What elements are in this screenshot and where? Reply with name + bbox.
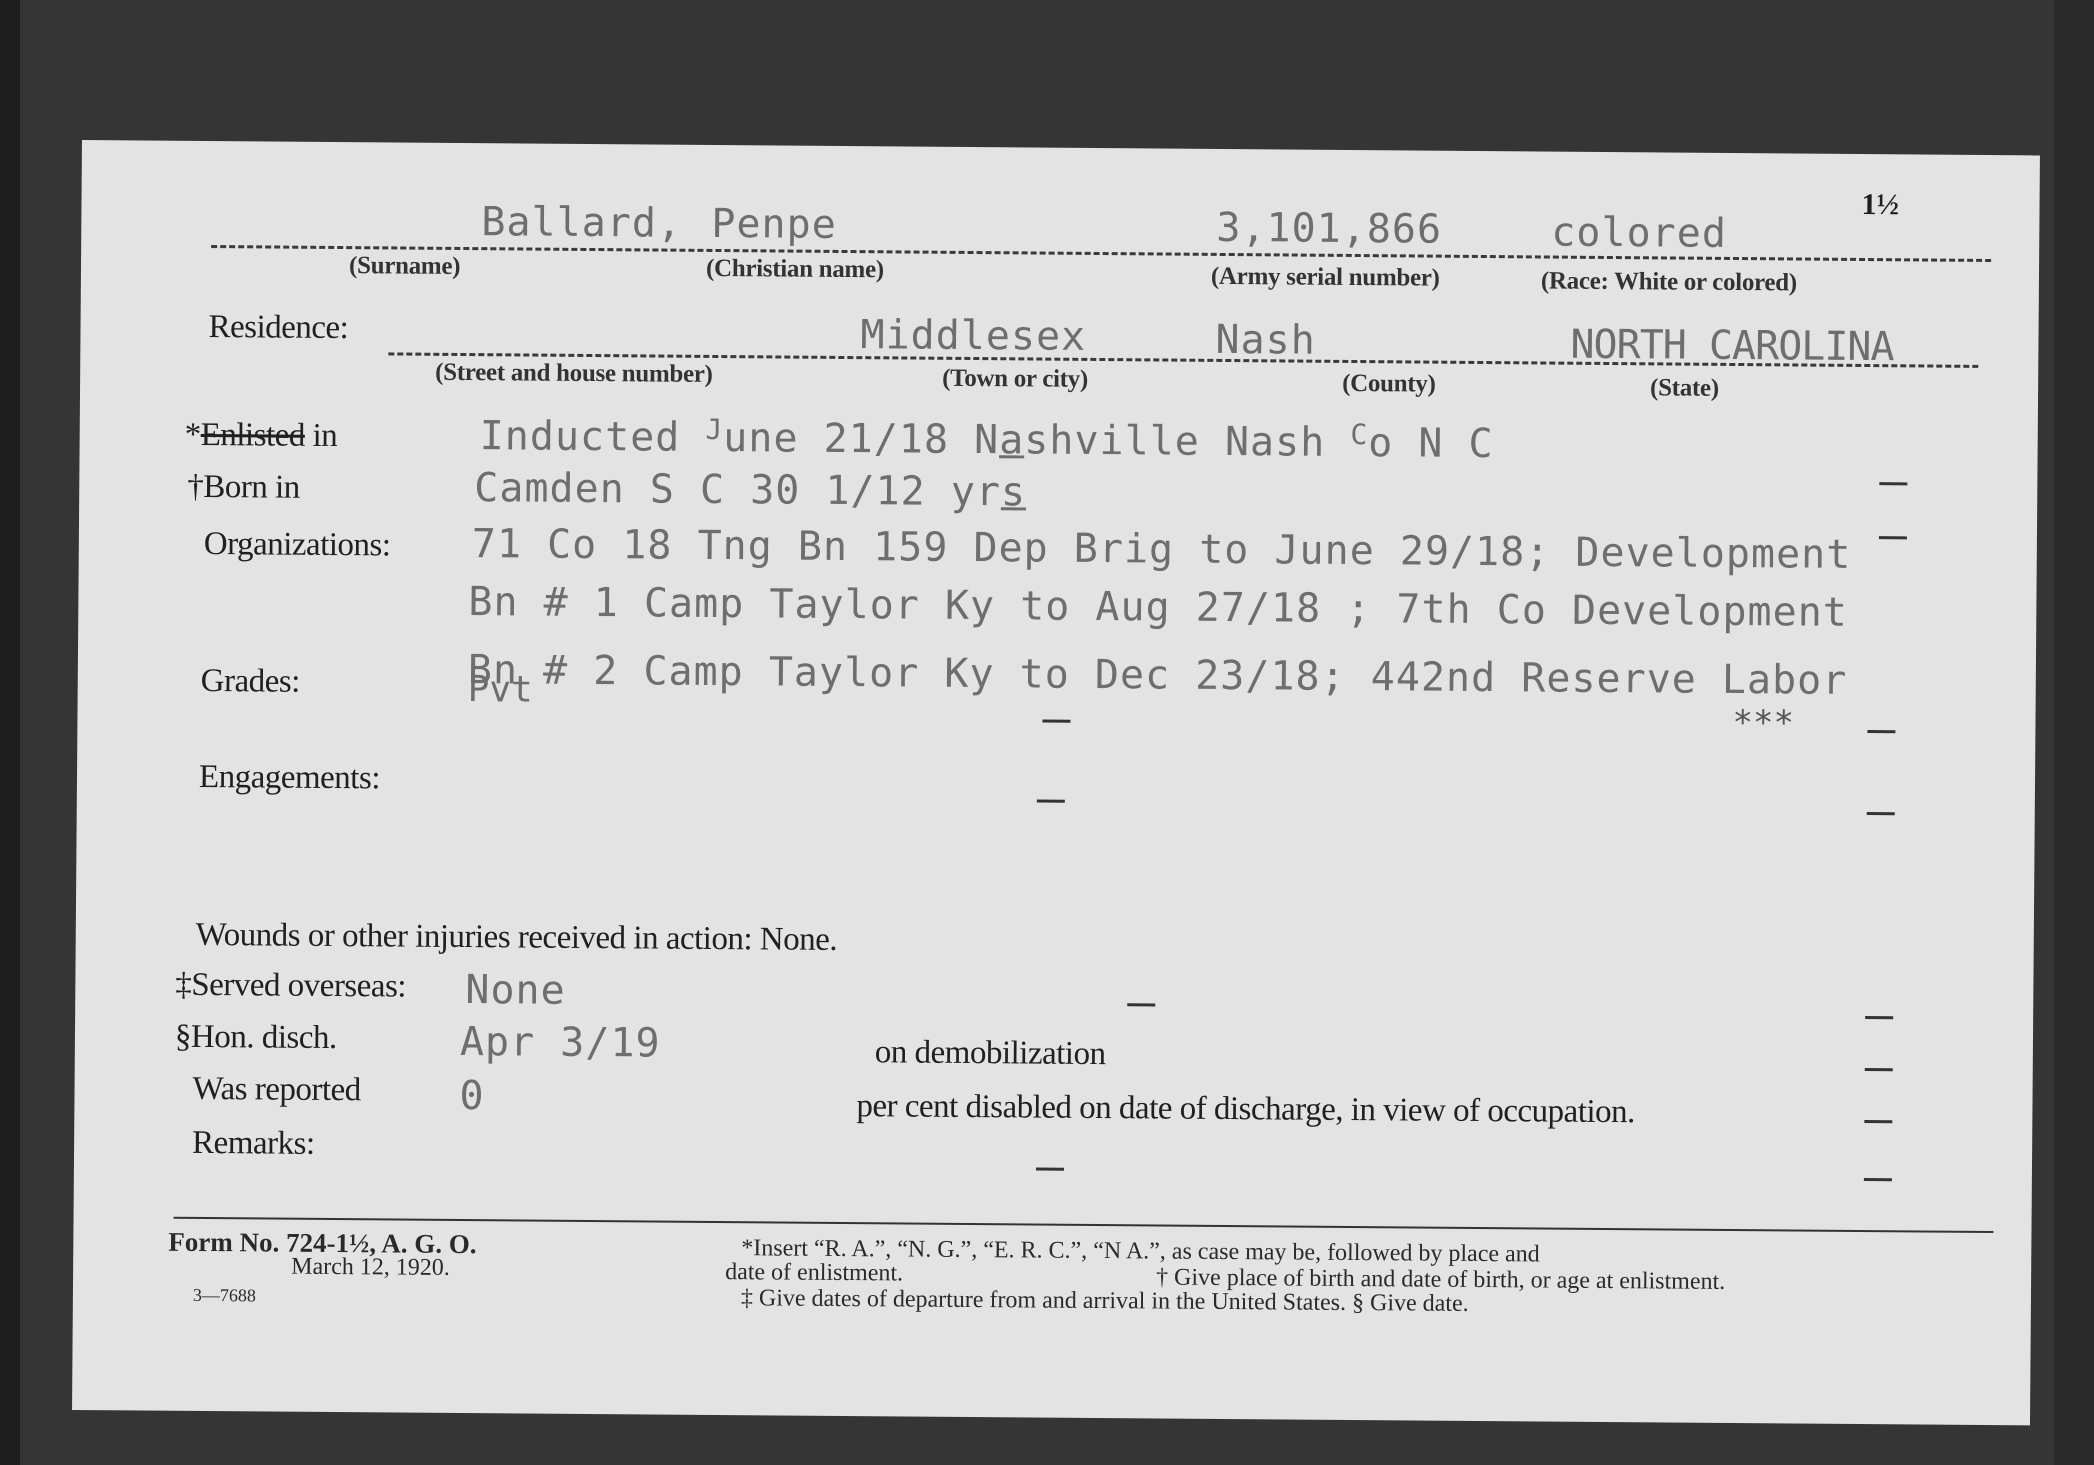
reported-label: Was reported: [192, 1071, 360, 1109]
dagger-mark: †: [187, 469, 203, 505]
blank-dash: [1864, 1120, 1892, 1123]
print-code: 3—7688: [193, 1285, 256, 1306]
discharge-label: §Hon. disch.: [175, 1019, 337, 1057]
blank-dash: [1037, 800, 1065, 803]
blank-dash: [1865, 1016, 1893, 1019]
grades-label: Grades:: [201, 663, 300, 701]
footnote-double-dagger: ‡ Give dates of departure from and arriv…: [741, 1285, 1469, 1318]
street-caption: (Street and house number): [435, 359, 713, 389]
organizations-line-2: Bn # 1 Camp Taylor Ky to Aug 27/18 ; 7th…: [468, 579, 1848, 636]
christian-name-value: Penpe: [711, 201, 837, 248]
surname-value: Ballard,: [481, 199, 682, 247]
blank-dash: [1864, 1178, 1892, 1181]
engagements-label: Engagements:: [199, 759, 380, 797]
overseas-value: None: [465, 967, 566, 1014]
wounds-value: None.: [760, 921, 838, 958]
blank-dash: [1036, 1168, 1064, 1171]
enlisted-struck-text: Enlisted: [201, 417, 305, 454]
form-date: March 12, 1920.: [291, 1254, 450, 1282]
grades-value: Pvt: [468, 669, 533, 711]
born-label: †Born in: [187, 469, 300, 507]
blank-dash: [1879, 536, 1907, 539]
blank-dash: [1865, 1068, 1893, 1071]
town-caption: (Town or city): [942, 365, 1088, 394]
enlisted-value: Inducted June 21/18 Nashville Nash Co N …: [480, 411, 1494, 467]
serial-number-value: 3,101,866: [1216, 205, 1442, 253]
organizations-line-3: Bn # 2 Camp Taylor Ky to Dec 23/18; 442n…: [468, 647, 1848, 704]
blank-dash: [1042, 720, 1070, 723]
christian-name-caption: (Christian name): [706, 255, 884, 284]
overseas-label: ‡Served overseas:: [175, 967, 406, 1006]
discharge-suffix: on demobilization: [875, 1034, 1106, 1073]
race-value: colored: [1551, 210, 1727, 257]
continuation-mark: ***: [1732, 703, 1794, 743]
serial-number-caption: (Army serial number): [1211, 263, 1440, 293]
form-corner-mark: 1½: [1861, 188, 1899, 222]
state-caption: (State): [1650, 374, 1719, 403]
born-value: Camden S C 30 1/12 yrs: [474, 465, 1026, 515]
blank-dash: [1867, 812, 1895, 815]
blank-dash: [1879, 482, 1907, 485]
section-mark: §: [175, 1019, 191, 1055]
county-value: Nash: [1215, 317, 1316, 364]
scan-border-right: [2054, 0, 2094, 1465]
asterisk-mark: *: [185, 417, 201, 453]
county-caption: (County): [1342, 370, 1436, 399]
organizations-label: Organizations:: [204, 526, 391, 564]
wounds-label: Wounds or other injuries received in act…: [196, 917, 838, 959]
organizations-line-1: 71 Co 18 Tng Bn 159 Dep Brig to June 29/…: [472, 521, 1852, 578]
blank-dash: [1127, 1003, 1155, 1006]
residence-label: Residence:: [208, 309, 348, 347]
double-dagger-mark: ‡: [175, 967, 191, 1003]
race-caption: (Race: White or colored): [1541, 267, 1797, 297]
reported-value: 0: [459, 1073, 484, 1119]
town-value: Middlesex: [860, 312, 1086, 360]
enlisted-label: *Enlisted in: [185, 417, 338, 455]
footnote-asterisk-cont: date of enlistment.: [725, 1259, 903, 1287]
enlisted-label-rest: in: [305, 418, 338, 454]
discharge-value: Apr 3/19: [460, 1019, 661, 1067]
surname-caption: (Surname): [349, 252, 460, 281]
remarks-label: Remarks:: [192, 1125, 315, 1163]
reported-suffix: per cent disabled on date of discharge, …: [856, 1088, 1635, 1131]
service-record-card: 1½ Ballard, Penpe 3,101,866 colored (Sur…: [72, 140, 2040, 1425]
scan-border-left: [0, 0, 20, 1465]
blank-dash: [1867, 730, 1895, 733]
